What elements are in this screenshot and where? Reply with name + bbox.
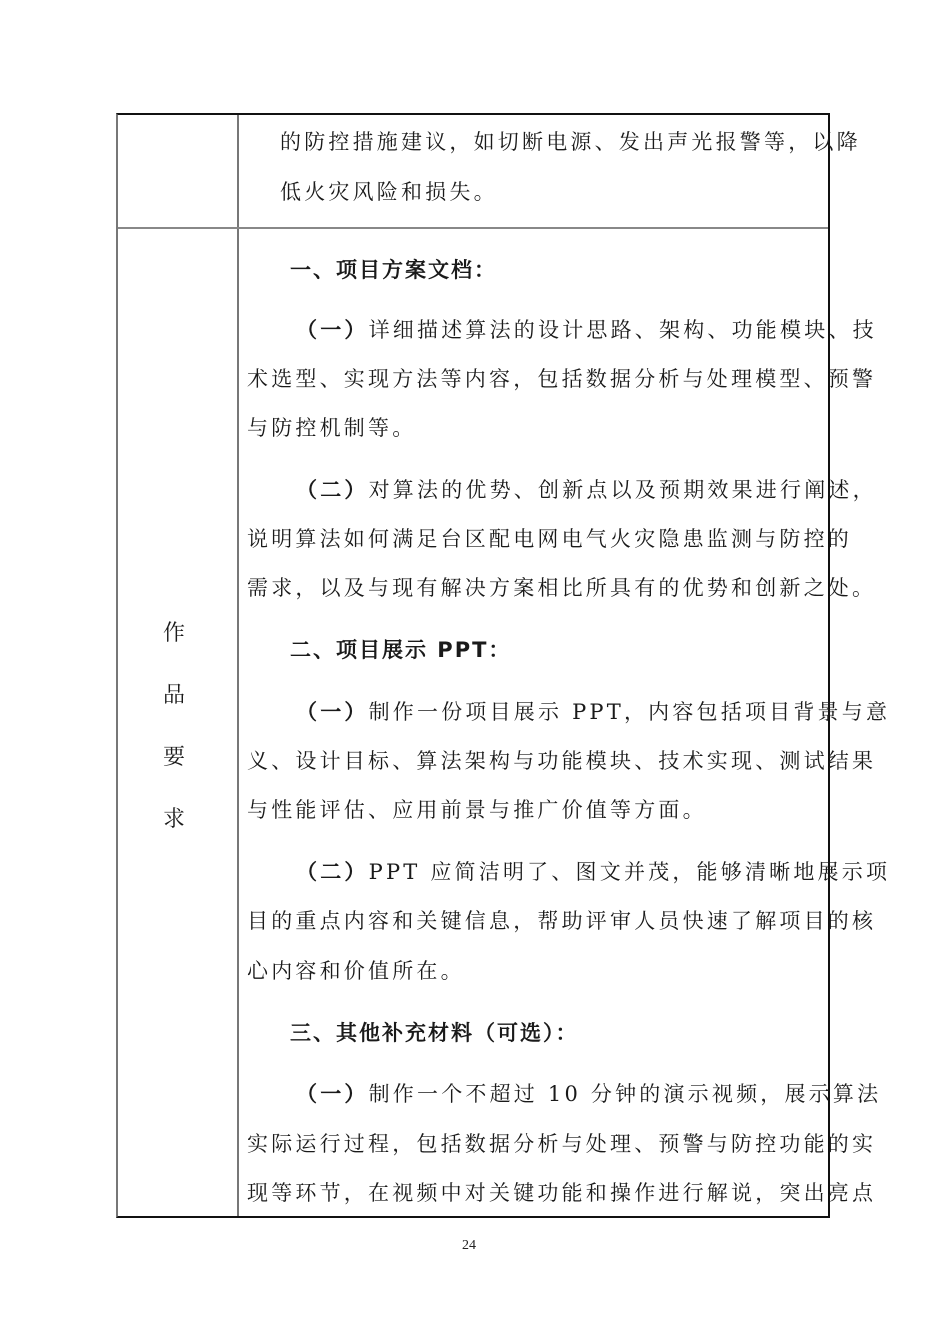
item-prefix: （一） (296, 700, 369, 724)
item-prefix: （一） (296, 318, 369, 342)
section-heading: 三、其他补充材料（可选）： (290, 1017, 579, 1047)
section-heading: 一、项目方案文档： (290, 254, 497, 284)
item-prefix: （二） (296, 478, 369, 502)
row-label-char: 作 (163, 616, 185, 647)
item-prefix: （一） (296, 1082, 369, 1106)
paragraph-first-line: （一）详细描述算法的设计思路、架构、功能模块、技 (296, 314, 877, 344)
text-line: 义、设计目标、算法架构与功能模块、技术实现、测试结果 (247, 745, 876, 775)
text-line: 的防控措施建议，如切断电源、发出声光报警等，以降 (280, 126, 861, 156)
row-label-char: 品 (163, 678, 185, 709)
row-label-char: 求 (163, 802, 185, 833)
paragraph-first-line: （二）对算法的优势、创新点以及预期效果进行阐述， (296, 474, 877, 504)
row-label-char: 要 (163, 740, 185, 771)
section-heading: 二、项目展示 PPT： (290, 634, 511, 664)
text-line: 术选型、实现方法等内容，包括数据分析与处理模型、预警 (247, 363, 876, 393)
column-divider (237, 115, 239, 1216)
paragraph-first-line: （一）制作一份项目展示 PPT，内容包括项目背景与意 (296, 696, 890, 726)
text-line: 心内容和价值所在。 (247, 955, 465, 985)
text-line: 与防控机制等。 (247, 412, 416, 442)
paragraph-first-line: （二）PPT 应简洁明了、图文并茂，能够清晰地展示项 (296, 856, 890, 886)
text-line: 需求，以及与现有解决方案相比所具有的优势和创新之处。 (247, 572, 876, 602)
item-prefix: （二） (296, 860, 369, 884)
text-line: 现等环节，在视频中对关键功能和操作进行解说，突出亮点 (247, 1177, 876, 1207)
text-line: 目的重点内容和关键信息，帮助评审人员快速了解项目的核 (247, 905, 876, 935)
text-line: 说明算法如何满足台区配电网电气火灾隐患监测与防控的 (247, 523, 852, 553)
row-divider (118, 227, 828, 229)
text-line: 低火灾风险和损失。 (280, 176, 498, 206)
text-line: 与性能评估、应用前景与推广价值等方面。 (247, 794, 707, 824)
page-number: 24 (462, 1238, 476, 1254)
text-line: 实际运行过程，包括数据分析与处理、预警与防控功能的实 (247, 1128, 876, 1158)
paragraph-first-line: （一）制作一个不超过 10 分钟的演示视频，展示算法 (296, 1078, 881, 1108)
